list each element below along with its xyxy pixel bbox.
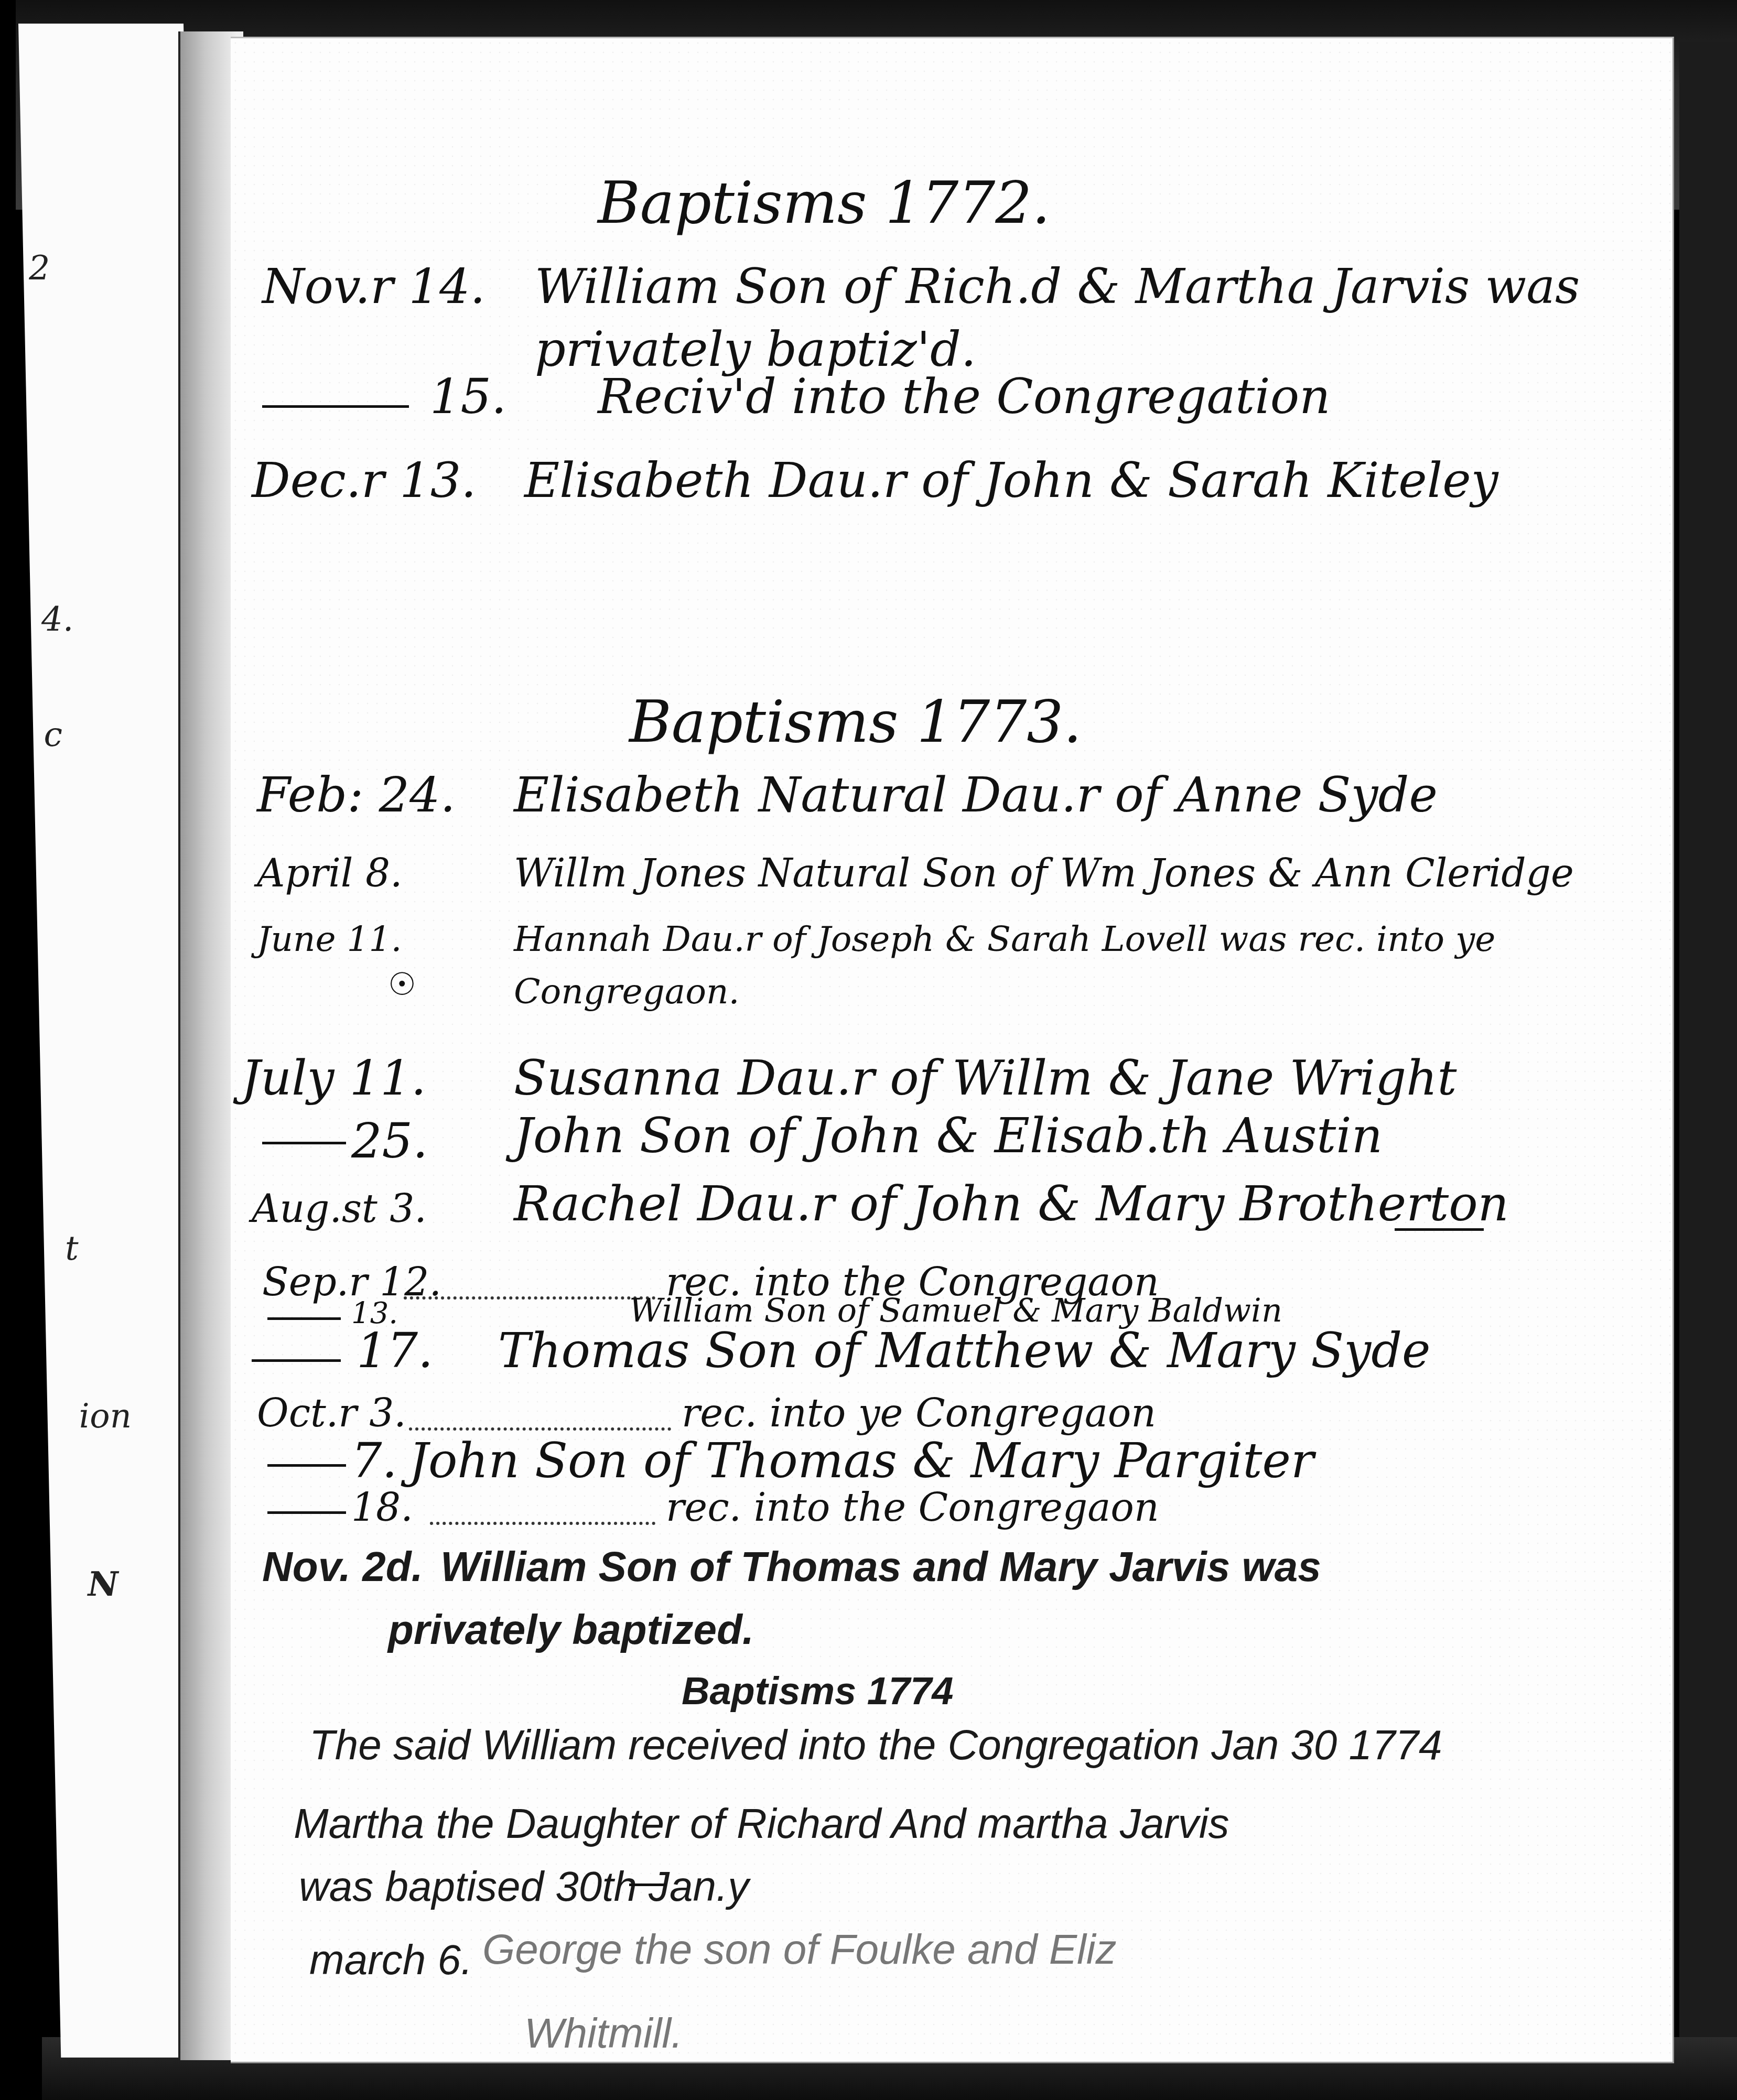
margin-fragment: ion (79, 1397, 132, 1436)
entry-text: Rachel Dau.r of John & Mary Brotherton (514, 1176, 1509, 1232)
register-page: Baptisms 1772. Nov.r 14. William Son of … (231, 37, 1674, 2063)
entry-date: 15. (430, 369, 506, 425)
entry-text: Willm Jones Natural Son of Wm Jones & An… (514, 851, 1574, 896)
entry-date: Oct.r 3. (257, 1391, 406, 1436)
ditto-dash (267, 1464, 346, 1467)
section-heading-1772: Baptisms 1772. (598, 169, 1050, 236)
ditto-dash (267, 1317, 341, 1320)
entry-date: Nov.r 14. (262, 258, 486, 315)
ditto-dash (252, 1359, 341, 1362)
entry-date: Feb: 24. (257, 767, 456, 823)
section-heading-1774: Baptisms 1774 (682, 1669, 953, 1713)
entry-text: Elisabeth Dau.r of John & Sarah Kiteley (524, 452, 1498, 508)
ditto-dash (262, 1142, 346, 1144)
entry-text: rec. into the Congregaon (666, 1485, 1159, 1530)
dotted-leader (404, 1296, 655, 1300)
entry-text: William Son of Rich.d & Martha Jarvis wa… (535, 258, 1580, 315)
entry-date: Nov. 2d. (262, 1543, 423, 1591)
margin-fragment: 2 (28, 249, 50, 288)
entry-date: June 11. (257, 919, 402, 959)
entry-continuation: Whitmill. (524, 2009, 683, 2058)
entry-text: The said William received into the Congr… (309, 1721, 1442, 1769)
entry-text: Martha the Daughter of Richard And marth… (294, 1800, 1229, 1848)
ditto-dash (262, 405, 409, 408)
ditto-dash (267, 1511, 346, 1514)
flourish-dash (629, 1883, 666, 1886)
entry-text: Hannah Dau.r of Joseph & Sarah Lovell wa… (514, 919, 1495, 959)
margin-fragment: t (64, 1229, 79, 1268)
entry-text: Reciv'd into the Congregation (598, 369, 1330, 425)
section-heading-1773: Baptisms 1773. (629, 688, 1082, 755)
entry-date: 25. (351, 1113, 428, 1169)
entry-text: Elisabeth Natural Dau.r of Anne Syde (514, 767, 1438, 823)
entry-date: April 8. (257, 851, 403, 896)
entry-date: 17. (357, 1323, 433, 1379)
flourish-dash (1395, 1228, 1484, 1231)
entry-date: march 6. (309, 1936, 472, 1984)
entry-date: Dec.r 13. (252, 452, 477, 508)
entry-date: 18. (351, 1485, 413, 1530)
margin-fragment: N (88, 1565, 119, 1604)
entry-text: John Son of Thomas & Mary Pargiter (409, 1433, 1314, 1489)
entry-date: July 11. (241, 1050, 426, 1106)
dotted-leader (409, 1427, 671, 1431)
entry-text: rec. into ye Congregaon (682, 1391, 1156, 1436)
entry-text: was baptised 30th Jan.y (299, 1863, 749, 1911)
entry-date: 7. (351, 1433, 397, 1489)
entry-text: William Son of Thomas and Mary Jarvis wa… (440, 1543, 1321, 1591)
entry-continuation: privately baptized. (388, 1606, 754, 1654)
margin-fragment: 4. (41, 600, 74, 639)
entry-text: George the son of Foulke and Eliz (482, 1925, 1117, 1974)
entry-date: Aug.st 3. (252, 1186, 427, 1231)
book-right-edge (1679, 42, 1737, 2100)
entry-text: Susanna Dau.r of Willm & Jane Wright (514, 1050, 1457, 1106)
circle-marker-icon: ☉ (388, 966, 416, 1003)
entry-text: Thomas Son of Matthew & Mary Syde (498, 1323, 1431, 1379)
margin-fragment: c (44, 716, 63, 754)
dotted-leader (430, 1522, 655, 1525)
entry-continuation: Congregaon. (514, 971, 739, 1012)
entry-text: John Son of John & Elisab.th Austin (514, 1108, 1383, 1164)
